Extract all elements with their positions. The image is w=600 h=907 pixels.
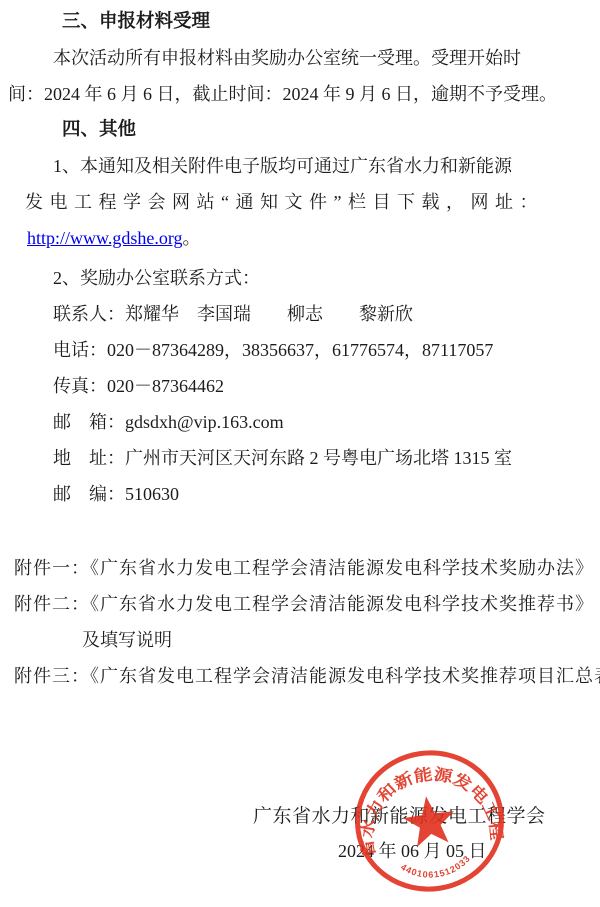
notice-document-page: 三、申报材料受理 本次活动所有申报材料由奖励办公室统一受理。受理开始时 间：20… <box>0 0 600 907</box>
contact-fax: 传真：020－87364462 <box>53 368 600 404</box>
section3-heading: 三、申报材料受理 <box>62 4 600 40</box>
attachment-2: 附件二：《广东省水力发电工程学会清洁能源发电科学技术奖推荐书》 <box>14 586 600 622</box>
contact-persons: 联系人：郑耀华 李国瑞 柳志 黎新欣 <box>53 296 600 332</box>
section3-paragraph-line1: 本次活动所有申报材料由奖励办公室统一受理。受理开始时 <box>53 40 600 76</box>
attachment-1: 附件一：《广东省水力发电工程学会清洁能源发电科学技术奖励办法》 <box>14 550 600 586</box>
spacer <box>0 694 600 800</box>
contact-address: 地 址：广州市天河区天河东路 2 号粤电广场北塔 1315 室 <box>53 440 600 476</box>
website-link-suffix: 。 <box>183 228 201 248</box>
section4-item1-line2: 发电工程学会网站“通知文件”栏目下载，网址： <box>25 184 600 220</box>
section4-item1-line1: 1、本通知及相关附件电子版均可通过广东省水力和新能源 <box>53 148 600 184</box>
attachment-2-continuation: 及填写说明 <box>82 622 600 658</box>
section4-item2-heading: 2、奖励办公室联系方式： <box>53 260 600 296</box>
attachment-3: 附件三：《广东省发电工程学会清洁能源发电科学技术奖推荐项目汇总表》 <box>14 658 600 694</box>
section4-heading: 四、其他 <box>62 112 600 148</box>
contact-email: 邮 箱：gdsdxh@vip.163.com <box>53 404 600 440</box>
spacer <box>0 512 600 550</box>
signature-organization: 广东省水力和新能源发电工程学会 <box>253 800 600 834</box>
section3-paragraph-line2: 间：2024 年 6 月 6 日，截止时间：2024 年 9 月 6 日，逾期不… <box>8 76 600 112</box>
website-line: http://www.gdshe.org。 <box>27 220 600 256</box>
contact-postcode: 邮 编：510630 <box>53 476 600 512</box>
website-link[interactable]: http://www.gdshe.org <box>27 228 183 248</box>
signature-date: 2024 年 06 月 05 日 <box>338 834 600 868</box>
contact-phone: 电话：020－87364289，38356637，61776574，871170… <box>53 332 600 368</box>
